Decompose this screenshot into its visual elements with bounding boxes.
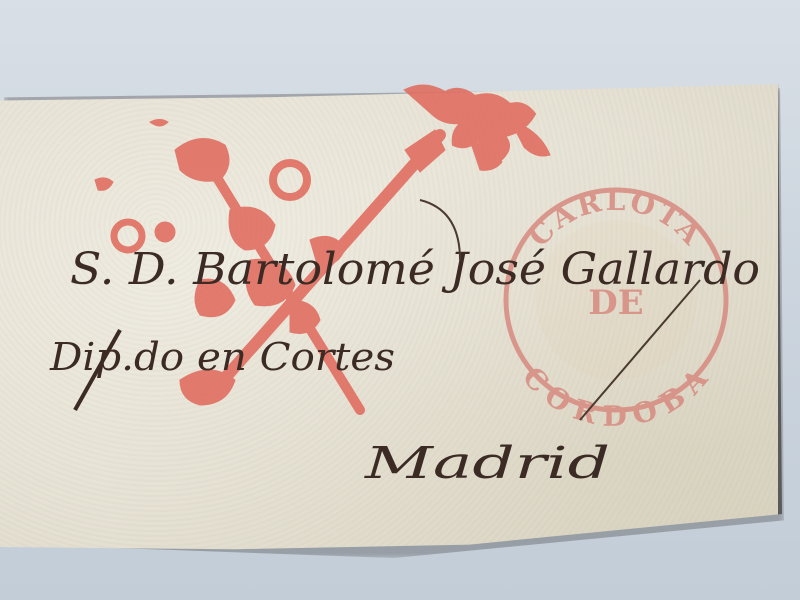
postmark-stamp: CARLOTA DE CORDOBA (506, 184, 726, 433)
address-line-3: Madrid (363, 438, 610, 489)
address-line-1: S. D. Bartolomé José Gallardo (70, 244, 760, 295)
address-line-2: Dip.do en Cortes (49, 335, 395, 379)
letter-markings: CARLOTA DE CORDOBA S. D. Bartolomé José … (0, 0, 800, 600)
